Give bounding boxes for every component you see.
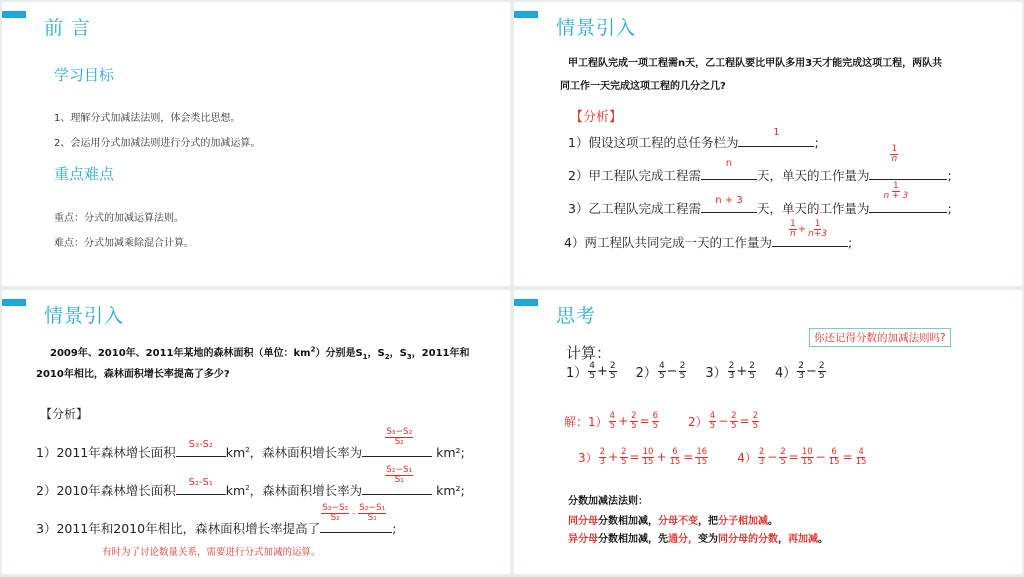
problem-label: 1） bbox=[566, 362, 587, 381]
unit: km bbox=[226, 445, 245, 460]
rule-text: 变为 bbox=[698, 534, 718, 545]
denominator: S₁ bbox=[367, 514, 378, 523]
rule-text: ，把 bbox=[698, 516, 718, 527]
problem-item: 3）23+25 bbox=[705, 362, 757, 382]
denominator: n bbox=[789, 230, 797, 239]
text: ，S bbox=[390, 348, 407, 359]
question-text: 2）甲工程队完成工程需 bbox=[568, 168, 701, 183]
problem-item: 1）45+25 bbox=[566, 362, 618, 382]
operator: − bbox=[767, 450, 777, 464]
denominator: 5 bbox=[658, 372, 666, 381]
denominator: 15 bbox=[828, 458, 841, 467]
fraction: 25 bbox=[730, 412, 737, 431]
problem-label: 3） bbox=[705, 362, 726, 381]
rule-text: 。 bbox=[818, 534, 828, 545]
fraction: 1615 bbox=[695, 448, 708, 467]
answer-blank: 1n bbox=[869, 165, 947, 180]
denominator: 3 bbox=[797, 372, 805, 381]
section-heading-goals: 学习目标 bbox=[54, 64, 114, 85]
operator: − bbox=[718, 414, 728, 428]
rule-text: 。 bbox=[768, 516, 778, 527]
question-4: 4）两工程队共同完成一天的工作量为1n+1n+3; bbox=[564, 232, 852, 251]
note-text: 有时为了讨论数量关系，需要进行分式加减的运算。 bbox=[102, 544, 321, 558]
goal-item-1: 1、理解分式加减法法则，体会类比思想。 bbox=[54, 109, 240, 124]
solution-label: 4） bbox=[737, 449, 757, 466]
fraction: 23 bbox=[758, 448, 765, 467]
denominator: n+3 bbox=[807, 230, 828, 239]
solution-2: 2）45−25=25 bbox=[688, 412, 760, 431]
slide-title: 前 言 bbox=[44, 13, 91, 40]
denominator: 5 bbox=[709, 422, 716, 431]
rule-heading: 分数加减法法则： bbox=[568, 492, 648, 507]
slide-title: 情景引入 bbox=[556, 13, 636, 40]
answer-value: S₂-S₁ bbox=[176, 478, 226, 488]
answer-blank: S₃−S₂S₂-S₂−S₁S₁ bbox=[320, 518, 392, 533]
fraction: S₃−S₂S₂ bbox=[321, 504, 349, 524]
operator: = bbox=[789, 450, 799, 464]
solution-label: 解： bbox=[564, 413, 588, 430]
problem-list: 1）45+252）45−253）23+254）23−25 bbox=[566, 362, 845, 382]
question-text: 1）2011年森林增长面积 bbox=[36, 445, 176, 460]
slide-think[interactable]: 思考 你还记得分数的加减法则吗? 计算： 1）45+252）45−253）23+… bbox=[514, 290, 1022, 574]
denominator: 5 bbox=[730, 422, 737, 431]
denominator: 15 bbox=[669, 458, 682, 467]
denominator: 5 bbox=[630, 422, 637, 431]
rule-text: 分数相加减，先 bbox=[598, 534, 668, 545]
operator: + bbox=[618, 414, 628, 428]
denominator: 5 bbox=[620, 458, 627, 467]
slide-scenario-engineering[interactable]: 情景引入 甲工程队完成一项工程需n天，乙工程队要比甲队多用3天才能完成这项工程，… bbox=[514, 2, 1022, 286]
problem-item: 2）45−25 bbox=[636, 362, 688, 382]
operator: − bbox=[806, 364, 817, 379]
denominator: 5 bbox=[748, 372, 756, 381]
answer-blank: 1n + 3 bbox=[869, 198, 947, 213]
answer-blank: n bbox=[701, 165, 757, 180]
problem-line-2: 2010年相比，森林面积增长率提高了多少? bbox=[36, 365, 230, 380]
question-1: 1）2011年森林增长面积S₃-S₂km2，森林面积增长率为S₃−S₂S₂ km… bbox=[36, 442, 465, 461]
rule-line-2: 异分母分数相加减，先通分，变为同分母的分数，再加减。 bbox=[568, 530, 828, 545]
answer-value: 1 bbox=[738, 128, 814, 138]
question-text: 2）2010年森林增长面积 bbox=[36, 483, 176, 498]
denominator: n bbox=[890, 155, 898, 164]
accent-bar bbox=[514, 299, 538, 306]
fraction: 25 bbox=[609, 362, 617, 382]
denominator: n + 3 bbox=[882, 192, 909, 201]
problem-line-1: 2009年、2010年、2011年某地的森林面积（单位：km2）分别是S1，S2… bbox=[50, 344, 470, 361]
solution-4: 4）23−25=1015−615=415 bbox=[737, 448, 868, 467]
callout-box: 你还记得分数的加减法则吗? bbox=[809, 328, 951, 347]
rule-emphasis: 通分， bbox=[668, 534, 698, 545]
accent-bar bbox=[514, 11, 538, 18]
operator: − bbox=[816, 450, 826, 464]
rule-emphasis: 再加减 bbox=[788, 534, 818, 545]
solution-label: 1） bbox=[588, 413, 608, 430]
fraction: 615 bbox=[828, 448, 841, 467]
goal-item-2: 2、会运用分式加减法则进行分式的加减运算。 bbox=[54, 134, 260, 149]
rule-emphasis: 同分母的分数 bbox=[718, 534, 778, 545]
fraction: 45 bbox=[609, 412, 616, 431]
answer-value: S₃-S₂ bbox=[176, 440, 226, 450]
accent-bar bbox=[2, 299, 26, 306]
fraction: 23 bbox=[728, 362, 736, 382]
rule-emphasis: 异分母 bbox=[568, 534, 598, 545]
solution-label: 3） bbox=[578, 449, 598, 466]
denominator: S₁ bbox=[394, 476, 405, 485]
punct: ; bbox=[947, 201, 951, 216]
answer-fraction: 1n bbox=[890, 145, 898, 165]
solution-1: 1）45+25=65 bbox=[588, 412, 660, 431]
answer-expression: S₃−S₂S₂-S₂−S₁S₁ bbox=[320, 504, 387, 524]
punct: ; bbox=[814, 135, 818, 150]
denominator: 5 bbox=[679, 372, 687, 381]
fraction: 415 bbox=[855, 448, 868, 467]
answer-fraction: S₃−S₂S₂ bbox=[385, 428, 413, 448]
rule-emphasis: 同分母 bbox=[568, 516, 598, 527]
slide-scenario-forest[interactable]: 情景引入 2009年、2010年、2011年某地的森林面积（单位：km2）分别是… bbox=[2, 290, 510, 574]
solution-3: 3）23+25=1015+615=1615 bbox=[578, 448, 709, 467]
problem-label: 4） bbox=[775, 362, 796, 381]
fraction: 25 bbox=[679, 362, 687, 382]
operator: = bbox=[630, 450, 640, 464]
calc-label: 计算： bbox=[566, 342, 611, 363]
problem-line-2: 同工作一天完成这项工程的几分之几? bbox=[560, 77, 726, 92]
rule-line-1: 同分母分数相加减，分母不变，把分子相加减。 bbox=[568, 512, 778, 527]
slide-title: 思考 bbox=[556, 301, 596, 328]
operator: = bbox=[843, 450, 853, 464]
fraction: S₂−S₁S₁ bbox=[358, 504, 386, 524]
question-1: 1）假设这项工程的总任务栏为1; bbox=[568, 132, 819, 151]
operator: + bbox=[656, 450, 666, 464]
denominator: 15 bbox=[642, 458, 655, 467]
denominator: 5 bbox=[588, 372, 596, 381]
operator: + bbox=[597, 364, 608, 379]
difficulty-item: 难点：分式加减乘除混合计算。 bbox=[54, 234, 194, 249]
denominator: 15 bbox=[855, 458, 868, 467]
fraction: 25 bbox=[630, 412, 637, 431]
analysis-label: 【分析】 bbox=[40, 405, 88, 422]
answer-blank: S₂−S₁S₁ bbox=[362, 480, 432, 495]
problem-line-1: 甲工程队完成一项工程需n天，乙工程队要比甲队多用3天才能完成这项工程，两队共 bbox=[568, 54, 942, 69]
unit: km²; bbox=[432, 483, 465, 498]
fraction: 25 bbox=[818, 362, 826, 382]
key-point-item: 重点：分式的加减运算法则。 bbox=[54, 209, 184, 224]
denominator: 5 bbox=[609, 422, 616, 431]
rule-text: ， bbox=[778, 534, 788, 545]
denominator: 15 bbox=[695, 458, 708, 467]
denominator: 15 bbox=[801, 458, 814, 467]
answer-blank: S₂-S₁ bbox=[176, 480, 226, 495]
fraction: 25 bbox=[748, 362, 756, 382]
denominator: 3 bbox=[728, 372, 736, 381]
fraction: 25 bbox=[752, 412, 759, 431]
denominator: 5 bbox=[609, 372, 617, 381]
answer-expression: 1n+1n+3 bbox=[788, 220, 829, 240]
question-text: 3）2011年和2010年相比，森林面积增长率提高了 bbox=[36, 521, 320, 536]
denominator: 5 bbox=[652, 422, 659, 431]
question-text: 天，单天的工作量为 bbox=[757, 201, 870, 216]
unit: km bbox=[226, 483, 245, 498]
unit: km²; bbox=[432, 445, 465, 460]
punct: ; bbox=[848, 235, 852, 250]
operator: = bbox=[640, 414, 650, 428]
fraction: 23 bbox=[797, 362, 805, 382]
answer-fraction: S₂−S₁S₁ bbox=[385, 466, 413, 486]
operator: − bbox=[667, 364, 678, 379]
denominator: 5 bbox=[818, 372, 826, 381]
fraction: 65 bbox=[652, 412, 659, 431]
denominator: 5 bbox=[779, 458, 786, 467]
operator: + bbox=[608, 450, 618, 464]
problem-item: 4）23−25 bbox=[775, 362, 827, 382]
rule-emphasis: 分子相加减 bbox=[718, 516, 768, 527]
section-heading-key-points: 重点难点 bbox=[54, 163, 114, 184]
accent-bar bbox=[2, 11, 26, 18]
slide-title: 情景引入 bbox=[44, 301, 124, 328]
fraction: 615 bbox=[669, 448, 682, 467]
solution-row-1: 解： 1）45+25=65 2）45−25=25 bbox=[564, 412, 760, 431]
analysis-label: 【分析】 bbox=[570, 106, 622, 125]
text: ，2011年和 bbox=[412, 348, 470, 359]
question-3: 3）2011年和2010年相比，森林面积增长率提高了S₃−S₂S₂-S₂−S₁S… bbox=[36, 518, 396, 537]
fraction: 25 bbox=[779, 448, 786, 467]
question-2: 2）2010年森林增长面积S₂-S₁km2，森林面积增长率为S₂−S₁S₁ km… bbox=[36, 480, 465, 499]
question-text: ，森林面积增长率为 bbox=[250, 445, 363, 460]
question-text: 4）两工程队共同完成一天的工作量为 bbox=[564, 235, 772, 250]
fraction: 1015 bbox=[801, 448, 814, 467]
text: 2009年、2010年、2011年某地的森林面积（单位：km bbox=[50, 348, 311, 359]
punct: ; bbox=[947, 168, 951, 183]
answer-fraction: 1n + 3 bbox=[882, 182, 909, 202]
question-text: ，森林面积增长率为 bbox=[250, 483, 363, 498]
answer-blank: 1n+1n+3 bbox=[772, 232, 848, 247]
answer-blank: S₃−S₂S₂ bbox=[362, 442, 432, 457]
problem-label: 2） bbox=[636, 362, 657, 381]
fraction: 45 bbox=[588, 362, 596, 382]
answer-blank: n + 3 bbox=[701, 198, 757, 213]
question-text: 1）假设这项工程的总任务栏为 bbox=[568, 135, 738, 150]
operator: = bbox=[683, 450, 693, 464]
fraction: 25 bbox=[620, 448, 627, 467]
rule-emphasis: 分母不变 bbox=[658, 516, 698, 527]
slide-preface[interactable]: 前 言 学习目标 1、理解分式加减法法则，体会类比思想。 2、会运用分式加减法则… bbox=[2, 2, 510, 286]
text: ）分别是S bbox=[315, 348, 362, 359]
fraction: 1n bbox=[789, 220, 797, 240]
denominator: S₂ bbox=[394, 438, 405, 447]
answer-value: n + 3 bbox=[701, 196, 757, 206]
solution-row-2: 3）23+25=1015+615=1615 4）23−25=1015−615=4… bbox=[578, 448, 868, 467]
fraction: 45 bbox=[709, 412, 716, 431]
punct: ; bbox=[392, 521, 396, 536]
question-text: 3）乙工程队完成工程需 bbox=[568, 201, 701, 216]
answer-value: n bbox=[701, 159, 757, 169]
answer-blank: 1 bbox=[738, 132, 814, 147]
answer-blank: S₃-S₂ bbox=[176, 442, 226, 457]
solution-label: 2） bbox=[688, 413, 708, 430]
question-3: 3）乙工程队完成工程需n + 3天，单天的工作量为1n + 3; bbox=[568, 198, 952, 217]
denominator: 3 bbox=[758, 458, 765, 467]
denominator: 3 bbox=[599, 458, 606, 467]
text: ，S bbox=[368, 348, 385, 359]
denominator: 5 bbox=[752, 422, 759, 431]
operator: - bbox=[352, 509, 355, 518]
operator: = bbox=[740, 414, 750, 428]
denominator: S₂ bbox=[330, 514, 341, 523]
fraction: 1015 bbox=[642, 448, 655, 467]
fraction: 23 bbox=[599, 448, 606, 467]
fraction: 45 bbox=[658, 362, 666, 382]
operator: + bbox=[798, 224, 806, 235]
rule-text: 分数相加减， bbox=[598, 516, 658, 527]
operator: + bbox=[736, 364, 747, 379]
question-text: 天，单天的工作量为 bbox=[757, 168, 870, 183]
fraction: 1n+3 bbox=[807, 220, 828, 240]
